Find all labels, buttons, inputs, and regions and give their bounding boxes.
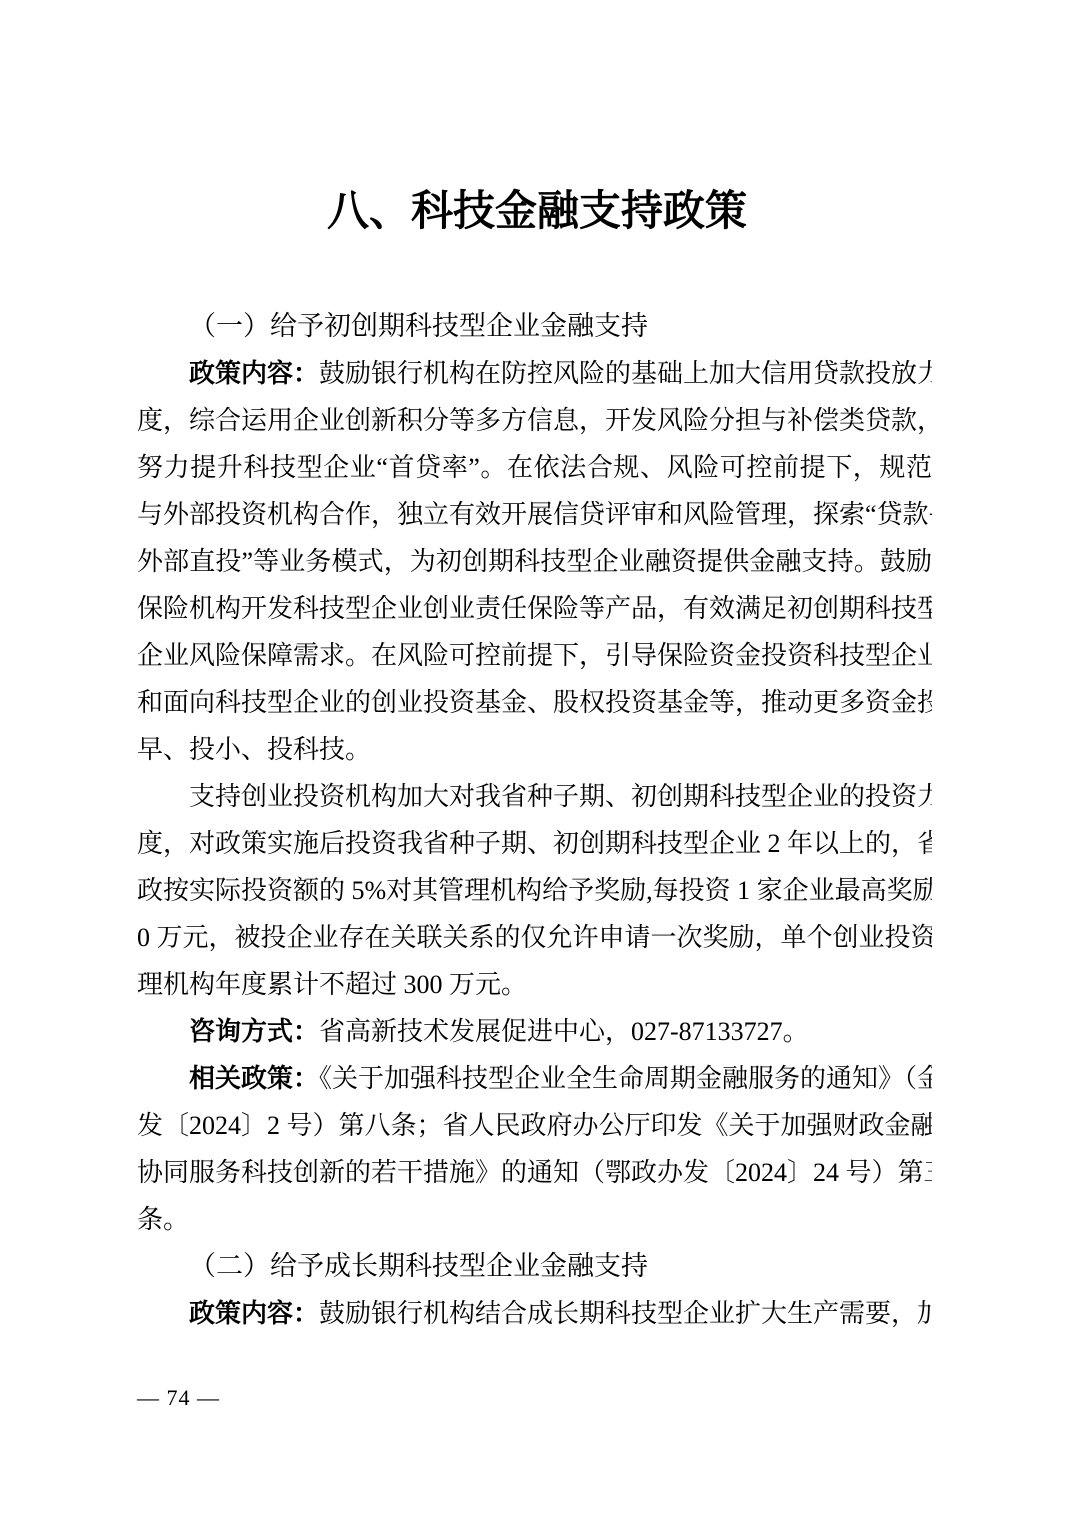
- paragraph-line: 保险机构开发科技型企业创业责任保险等产品，有效满足初创期科技型: [137, 585, 932, 632]
- text-segment: 早、投小、投科技。: [137, 735, 371, 764]
- paragraph-line: 协同服务科技创新的若干措施》的通知（鄂政办发〔2024〕24 号）第三: [137, 1149, 932, 1196]
- text-segment: 外部直投”等业务模式，为初创期科技型企业融资提供金融支持。鼓励: [137, 547, 932, 576]
- text-segment: 0 万元，被投企业存在关联关系的仅允许申请一次奖励，单个创业投资管: [137, 923, 932, 952]
- field-label: 相关政策：: [189, 1063, 319, 1093]
- text-segment: 度，对政策实施后投资我省种子期、初创期科技型企业 2 年以上的，省财: [137, 829, 932, 858]
- text-segment: 度，综合运用企业创新积分等多方信息，开发风险分担与补偿类贷款，: [137, 406, 932, 435]
- text-segment: 鼓励银行机构结合成长期科技型企业扩大生产需要，加: [319, 1299, 932, 1328]
- text-segment: 理机构年度累计不超过 300 万元。: [137, 970, 527, 999]
- document-body: （一）给予初创期科技型企业金融支持政策内容：鼓励银行机构在防控风险的基础上加大信…: [137, 303, 932, 1337]
- document-page: 八、科技金融支持政策 （一）给予初创期科技型企业金融支持政策内容：鼓励银行机构在…: [0, 0, 1074, 1520]
- field-label: 政策内容：: [189, 358, 319, 388]
- text-segment: 协同服务科技创新的若干措施》的通知（鄂政办发〔2024〕24 号）第三: [137, 1158, 932, 1187]
- text-segment: 政按实际投资额的 5%对其管理机构给予奖励,每投资 1 家企业最高奖励 5: [137, 876, 932, 905]
- field-label: 咨询方式：: [189, 1016, 319, 1046]
- page-number: — 74 —: [137, 1378, 220, 1418]
- document-title: 八、科技金融支持政策: [0, 183, 1074, 241]
- text-segment: （二）给予成长期科技型企业金融支持: [189, 1251, 648, 1281]
- paragraph-line: 政策内容：鼓励银行机构在防控风险的基础上加大信用贷款投放力: [137, 350, 932, 397]
- paragraph-line: 度，综合运用企业创新积分等多方信息，开发风险分担与补偿类贷款，: [137, 397, 932, 444]
- text-segment: 发〔2024〕2 号）第八条；省人民政府办公厅印发《关于加强财政金融: [137, 1111, 932, 1140]
- paragraph-line: 0 万元，被投企业存在关联关系的仅允许申请一次奖励，单个创业投资管: [137, 914, 932, 961]
- paragraph-line: 努力提升科技型企业“首贷率”。在依法合规、风险可控前提下，规范: [137, 444, 932, 491]
- text-segment: 支持创业投资机构加大对我省种子期、初创期科技型企业的投资力: [189, 782, 932, 811]
- text-segment: 省高新技术发展促进中心，027-87133727。: [319, 1017, 809, 1046]
- paragraph-line: 度，对政策实施后投资我省种子期、初创期科技型企业 2 年以上的，省财: [137, 820, 932, 867]
- text-segment: 和面向科技型企业的创业投资基金、股权投资基金等，推动更多资金投: [137, 688, 932, 717]
- text-segment: 企业风险保障需求。在风险可控前提下，引导保险资金投资科技型企业: [137, 641, 932, 670]
- paragraph-line: 政按实际投资额的 5%对其管理机构给予奖励,每投资 1 家企业最高奖励 5: [137, 867, 932, 914]
- paragraph-line: 企业风险保障需求。在风险可控前提下，引导保险资金投资科技型企业: [137, 632, 932, 679]
- text-segment: 与外部投资机构合作，独立有效开展信贷评审和风险管理，探索“贷款+: [137, 500, 932, 529]
- text-segment: 保险机构开发科技型企业创业责任保险等产品，有效满足初创期科技型: [137, 594, 932, 623]
- text-segment: 努力提升科技型企业“首贷率”。在依法合规、风险可控前提下，规范: [137, 453, 932, 482]
- text-segment: 《关于加强科技型企业全生命周期金融服务的通知》（金: [319, 1064, 932, 1093]
- paragraph-line: 发〔2024〕2 号）第八条；省人民政府办公厅印发《关于加强财政金融: [137, 1102, 932, 1149]
- paragraph-line: 相关政策：《关于加强科技型企业全生命周期金融服务的通知》（金: [137, 1055, 932, 1102]
- section-heading-1: （一）给予初创期科技型企业金融支持: [137, 303, 932, 350]
- text-segment: 鼓励银行机构在防控风险的基础上加大信用贷款投放力: [319, 359, 932, 388]
- paragraph-line: 政策内容：鼓励银行机构结合成长期科技型企业扩大生产需要，加: [137, 1290, 932, 1337]
- paragraph-line: 与外部投资机构合作，独立有效开展信贷评审和风险管理，探索“贷款+: [137, 491, 932, 538]
- paragraph-line: 支持创业投资机构加大对我省种子期、初创期科技型企业的投资力: [137, 773, 932, 820]
- text-segment: （一）给予初创期科技型企业金融支持: [189, 311, 648, 341]
- section-heading-2: （二）给予成长期科技型企业金融支持: [137, 1243, 932, 1290]
- paragraph-line: 外部直投”等业务模式，为初创期科技型企业融资提供金融支持。鼓励: [137, 538, 932, 585]
- paragraph-line: 和面向科技型企业的创业投资基金、股权投资基金等，推动更多资金投: [137, 679, 932, 726]
- paragraph-line: 理机构年度累计不超过 300 万元。: [137, 961, 932, 1008]
- text-segment: 条。: [137, 1205, 189, 1234]
- paragraph-line: 早、投小、投科技。: [137, 726, 932, 773]
- field-label: 政策内容：: [189, 1298, 319, 1328]
- paragraph-line: 条。: [137, 1196, 932, 1243]
- paragraph-line: 咨询方式：省高新技术发展促进中心，027-87133727。: [137, 1008, 932, 1055]
